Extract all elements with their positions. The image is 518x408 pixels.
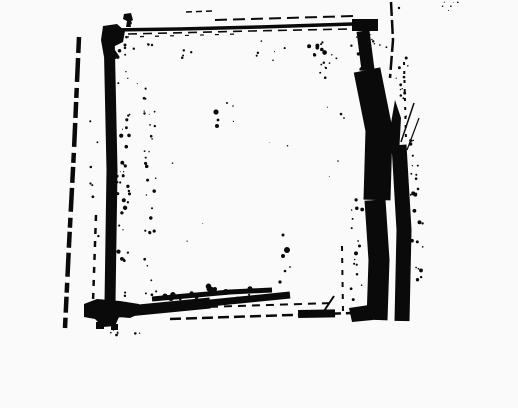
under-top-edge-specks-speckle	[133, 47, 135, 49]
left-bar-right-speckle-trail-speckle	[125, 145, 129, 149]
left-bar-right-speckle-trail-speckle	[123, 206, 127, 210]
grunge-frame-graphic	[0, 0, 518, 408]
left-bar-right-speckle-trail-speckle	[124, 292, 126, 294]
bottom-smear-rough-top-edge-speckle	[170, 292, 176, 298]
left-second-speckle-trail-speckle	[145, 88, 147, 90]
right-stub-ragged-edge-speckle	[356, 36, 357, 37]
inner-field-sparse-specks-speckle	[137, 83, 138, 84]
left-bar-right-speckle-trail-speckle	[127, 114, 129, 116]
right-band-outer-ragged-edge-speckle	[422, 246, 424, 248]
top-right-outer-specks-speckle	[442, 5, 443, 6]
top-right-inner-blob-cluster-speckle	[313, 53, 316, 56]
right-band-outer-ragged-edge-speckle	[410, 173, 412, 175]
top-right-outer-specks-speckle	[448, 10, 449, 11]
under-top-edge-specks-speckle	[183, 49, 185, 51]
bottom-smear-rough-top-edge-speckle	[248, 294, 250, 296]
left-bar-right-speckle-trail-speckle	[125, 126, 128, 129]
right-dotted-column-specks-speckle	[399, 83, 402, 86]
right-band-outer-ragged-edge-speckle	[417, 165, 419, 167]
left-bar-right-speckle-trail-speckle	[122, 198, 126, 202]
bottom-left-tooth-1	[96, 322, 104, 329]
right-band-outer-ragged-edge-speckle	[413, 140, 414, 141]
right-dotted-column-specks-speckle	[400, 94, 403, 97]
left-bar-right-speckle-trail-speckle	[118, 225, 120, 227]
left-bar-right-speckle-trail-speckle	[116, 175, 119, 178]
left-gap-specks-speckle	[96, 141, 98, 143]
under-top-edge-specks-speckle	[182, 55, 184, 57]
under-top-edge-specks-speckle	[256, 55, 258, 57]
right-band-left-ragged-edge-speckle	[354, 251, 358, 255]
bottom-smear-rough-top-edge-speckle	[151, 293, 154, 296]
top-right-inner-specks-speckle	[324, 76, 327, 79]
left-bar-right-speckle-trail-speckle	[127, 134, 131, 138]
under-top-edge-specks-speckle	[284, 47, 286, 49]
right-band-left-ragged-edge-speckle	[358, 244, 361, 247]
right-band-outer-ragged-edge-speckle	[419, 268, 423, 272]
left-bar-right-speckle-trail-speckle	[127, 251, 129, 253]
left-second-speckle-trail-speckle	[144, 162, 147, 165]
under-top-edge-right-specks-speckle	[374, 43, 376, 45]
top-right-inner-blob-cluster-speckle	[322, 50, 327, 55]
left-second-speckle-trail-speckle	[147, 265, 149, 267]
right-dotted-column-specks-speckle	[403, 92, 406, 95]
right-band-outer-ragged-edge-speckle	[409, 139, 412, 142]
left-second-speckle-trail-speckle	[149, 124, 151, 126]
left-second-speckle-trail-speckle	[144, 150, 146, 152]
below-bottom-blob-specks-speckle	[113, 329, 115, 331]
left-bar-right-speckle-trail-speckle	[116, 192, 119, 195]
under-top-edge-right-specks-speckle	[358, 42, 360, 44]
right-band-outer-ragged-edge-speckle	[413, 193, 417, 197]
bottom-left-tooth-2	[111, 324, 118, 330]
left-second-speckle-trail-speckle	[151, 207, 153, 209]
bottom-smear-rough-top-edge-speckle	[179, 298, 182, 301]
ink-speckle	[398, 7, 400, 9]
under-top-edge-specks-speckle	[331, 54, 333, 56]
right-band-left-ragged-edge-speckle	[355, 198, 358, 201]
right-band-left-ragged-edge-speckle	[350, 287, 353, 290]
top-right-solid-block	[352, 19, 378, 31]
top-right-inner-blob-cluster-speckle	[320, 48, 324, 52]
bottom-smear-rough-top-edge-speckle	[162, 294, 167, 299]
ink-speckle	[215, 124, 219, 128]
right-band-left-ragged-edge-speckle	[354, 259, 355, 260]
ink-speckle	[337, 160, 339, 162]
right-band-outer-streak	[399, 145, 404, 321]
top-right-inner-specks-speckle	[319, 72, 321, 74]
left-bar-right-speckle-trail-speckle	[125, 118, 128, 121]
inner-field-sparse-specks-speckle	[172, 162, 174, 164]
right-dotted-column-specks-speckle	[402, 97, 404, 99]
left-second-speckle-trail-speckle	[155, 177, 157, 179]
right-dotted-column-specks-speckle	[398, 66, 401, 69]
right-band-outer-ragged-edge-speckle	[410, 194, 412, 196]
left-gap-specks-speckle	[92, 195, 95, 198]
left-second-speckle-trail-speckle	[145, 292, 147, 294]
left-second-speckle-trail-speckle	[148, 151, 149, 152]
top-right-inner-specks-speckle	[329, 62, 331, 64]
top-edge-sub-dash-2	[125, 34, 240, 37]
under-top-edge-right-specks-speckle	[370, 34, 371, 35]
left-bar-right-speckle-trail-speckle	[122, 174, 124, 176]
under-top-edge-specks-speckle	[335, 57, 337, 59]
right-dotted-column-specks-speckle	[400, 89, 401, 90]
inner-field-sparse-specks-speckle	[269, 142, 270, 143]
under-top-edge-specks-speckle	[190, 51, 192, 53]
left-second-speckle-trail-speckle	[154, 111, 156, 113]
left-second-speckle-trail-speckle	[154, 125, 156, 127]
top-right-inner-blob-cluster-speckle	[316, 46, 320, 50]
inner-field-sparse-specks-speckle	[233, 121, 234, 122]
right-band-outer-ragged-edge-speckle	[409, 142, 412, 145]
left-second-speckle-trail-speckle	[152, 189, 155, 192]
right-dotted-column-specks-speckle	[405, 115, 407, 117]
inner-field-sparse-specks-speckle	[327, 107, 328, 108]
left-bar-right-speckle-trail-speckle	[120, 171, 121, 172]
ink-speckle	[213, 109, 218, 114]
left-bar-right-speckle-trail-speckle	[127, 201, 129, 203]
left-second-speckle-trail-speckle	[145, 165, 149, 169]
below-bottom-blob-specks-speckle	[110, 332, 112, 334]
left-bar-right-speckle-trail-speckle	[120, 211, 123, 214]
top-right-inner-specks-speckle	[323, 62, 325, 64]
left-second-speckle-trail-speckle	[145, 157, 147, 159]
top-edge-upper-dash-2	[186, 11, 212, 12]
top-right-outer-specks-speckle	[457, 1, 459, 3]
left-bar-right-speckle-trail-speckle	[117, 82, 119, 84]
left-bar-right-speckle-trail-speckle	[124, 295, 126, 297]
left-second-speckle-trail-speckle	[146, 194, 147, 195]
right-band-left-ragged-edge-speckle	[356, 273, 359, 276]
under-top-edge-specks-speckle	[181, 56, 184, 59]
right-band-left-ragged-edge-speckle	[360, 208, 364, 212]
left-second-speckle-trail-speckle	[148, 231, 150, 233]
right-dotted-column-specks-speckle	[405, 57, 408, 60]
top-right-outer-specks-speckle	[444, 2, 445, 3]
ink-speckle	[289, 266, 291, 268]
under-top-edge-right-specks-speckle	[368, 35, 369, 36]
under-top-edge-right-specks-speckle	[371, 39, 373, 41]
right-band-outer-ragged-edge-speckle	[417, 188, 420, 191]
right-band-left-ragged-edge-speckle	[361, 284, 363, 286]
bottom-smear-rough-top-edge-speckle	[155, 290, 157, 292]
left-bar-right-speckle-trail-speckle	[128, 190, 130, 192]
right-band-outer-ragged-edge-speckle	[418, 220, 422, 224]
inner-field-sparse-specks-speckle	[186, 240, 187, 241]
right-band-outer-ragged-edge-speckle	[416, 278, 419, 281]
bottom-smear-taper	[200, 295, 290, 304]
under-top-edge-specks-speckle	[257, 52, 259, 54]
left-second-speckle-trail-speckle	[149, 114, 150, 115]
right-stub-ragged-edge-speckle	[357, 52, 360, 55]
ink-speckle	[124, 44, 127, 47]
bottom-smear-rough-top-edge-speckle	[247, 286, 252, 291]
top-right-inner-blob-cluster-speckle	[321, 41, 323, 43]
right-dotted-column-specks-speckle	[403, 76, 406, 79]
bottom-smear-rough-top-edge-speckle	[223, 289, 229, 295]
left-bar-right-speckle-trail-speckle	[124, 164, 127, 167]
below-bottom-blob-specks-speckle	[117, 333, 118, 334]
right-band-outer-ragged-edge-speckle	[420, 276, 422, 278]
right-dotted-column-specks-speckle	[401, 88, 402, 89]
left-outer-broken-line	[65, 37, 79, 328]
left-bar-right-speckle-trail-speckle	[120, 257, 124, 261]
ink-speckle	[128, 21, 132, 25]
ink-speckle	[284, 270, 287, 273]
right-stub-ragged-edge-speckle	[361, 45, 364, 48]
inner-field-sparse-specks-speckle	[329, 176, 330, 177]
ink-speckle	[232, 105, 234, 107]
inner-field-sparse-specks-speckle	[202, 223, 203, 224]
right-band-outer-ragged-edge-speckle	[412, 165, 413, 166]
under-top-edge-specks-speckle	[147, 43, 149, 45]
inner-field-sparse-specks-speckle	[287, 145, 289, 147]
left-gap-specks-speckle	[89, 120, 91, 122]
under-top-edge-right-specks-speckle	[385, 46, 387, 48]
under-top-edge-specks-speckle	[261, 40, 263, 42]
right-band-outer-ragged-edge-speckle	[412, 209, 416, 213]
under-top-edge-specks-speckle	[274, 51, 275, 52]
left-second-speckle-trail-speckle	[153, 230, 156, 233]
bottom-smear-rough-top-edge-speckle	[187, 294, 190, 297]
ink-speckle	[284, 247, 290, 253]
left-bar-right-speckle-trail-speckle	[119, 134, 123, 138]
right-band-left-ragged-edge-speckle	[357, 240, 359, 242]
right-diagonal-scratch-2	[407, 118, 419, 150]
right-band-left-ragged-edge-speckle	[355, 207, 359, 211]
ink-speckle	[226, 102, 228, 104]
left-gap-specks-speckle	[97, 235, 99, 237]
right-band-left-ragged-edge-speckle	[351, 209, 353, 211]
left-bar-right-speckle-trail-speckle	[125, 71, 126, 72]
inner-field-sparse-specks-speckle	[272, 60, 274, 62]
left-bar-right-speckle-trail-speckle	[116, 181, 118, 183]
ink-speckle	[151, 44, 153, 46]
left-bar	[109, 30, 112, 303]
ink-speckle	[343, 117, 345, 119]
left-second-speckle-trail-speckle	[143, 112, 145, 114]
under-top-edge-specks-speckle	[350, 44, 352, 46]
right-band-outer-ragged-edge-speckle	[410, 239, 414, 243]
ink-speckle	[340, 113, 343, 116]
left-gap-specks-speckle	[91, 184, 93, 186]
right-thin-top-line	[390, 2, 393, 78]
below-bottom-blob-specks-speckle	[115, 334, 118, 337]
left-bar-right-speckle-trail-speckle	[127, 78, 128, 79]
right-band-upper	[367, 70, 379, 200]
under-top-edge-right-specks-speckle	[372, 40, 374, 42]
bottom-smear-rough-top-edge-speckle	[176, 297, 178, 299]
grunge-frame-canvas	[0, 0, 518, 408]
left-bar-right-speckle-trail-speckle	[122, 129, 123, 130]
left-second-speckle-trail-speckle	[146, 179, 149, 182]
top-right-inner-specks-speckle	[325, 67, 326, 68]
left-second-speckle-trail-speckle	[150, 135, 153, 138]
right-band-outer-ragged-edge-speckle	[418, 268, 420, 270]
right-dotted-column-specks-speckle	[396, 78, 397, 79]
left-bar-right-speckle-trail-speckle	[116, 55, 120, 59]
top-right-outer-specks-speckle	[450, 5, 452, 7]
left-bar-right-speckle-trail-speckle	[123, 171, 124, 172]
ink-layer	[65, 1, 459, 336]
left-bar-right-speckle-trail-speckle	[122, 229, 123, 230]
right-band-outer-ragged-edge-speckle	[421, 222, 423, 224]
bottom-smear-rough-top-edge-speckle	[236, 297, 239, 300]
right-band-outer-ragged-edge-speckle	[416, 240, 419, 243]
left-second-speckle-trail-speckle	[144, 230, 146, 232]
left-bar-right-speckle-trail-speckle	[126, 185, 129, 188]
right-band-outer-ragged-edge-speckle	[412, 155, 414, 157]
left-second-speckle-trail-speckle	[151, 138, 153, 140]
ink-speckle	[125, 14, 131, 20]
ink-speckle	[282, 234, 285, 237]
right-stub-ragged-edge-speckle	[360, 53, 361, 54]
top-right-outer-specks-speckle	[453, 2, 454, 3]
right-stub-ragged-edge-speckle	[360, 67, 363, 70]
right-band-left-ragged-edge-speckle	[352, 218, 354, 220]
right-band-outer-ragged-edge-speckle	[415, 174, 417, 176]
right-stub-ragged-edge-speckle	[362, 33, 365, 36]
right-band-left-ragged-edge-speckle	[353, 263, 355, 265]
left-bar-right-speckle-trail-speckle	[124, 54, 126, 56]
right-band-left-ragged-edge-speckle	[356, 264, 358, 266]
left-second-speckle-trail-speckle	[150, 279, 152, 281]
right-band-left-ragged-edge-speckle	[351, 227, 353, 229]
ink-speckle	[217, 119, 220, 122]
right-band-outer-ragged-edge-speckle	[415, 177, 418, 180]
left-second-speckle-trail-speckle	[144, 110, 145, 111]
right-dotted-column-specks-speckle	[407, 65, 409, 67]
left-second-speckle-trail-speckle	[144, 98, 146, 100]
left-gap-specks-speckle	[90, 166, 93, 169]
below-bottom-blob-specks-speckle	[139, 333, 140, 334]
top-right-inner-specks-speckle	[320, 64, 322, 66]
left-bar-right-speckle-trail-speckle	[119, 181, 121, 183]
left-bar-right-speckle-trail-speckle	[128, 192, 131, 195]
left-bar-right-speckle-trail-speckle	[123, 258, 124, 259]
top-right-inner-blob-cluster-speckle	[307, 44, 311, 48]
right-band-outer-ragged-edge-speckle	[415, 267, 417, 269]
left-bar-right-speckle-trail-speckle	[124, 47, 127, 50]
right-stub-ragged-edge-speckle	[361, 49, 364, 52]
right-band-lower	[375, 200, 379, 320]
left-second-speckle-trail-speckle	[149, 216, 152, 219]
left-second-speckle-trail-speckle	[143, 258, 146, 261]
below-bottom-blob-specks-speckle	[134, 332, 137, 335]
top-edge-upper-dash	[215, 16, 355, 20]
left-bar-right-speckle-trail-speckle	[118, 49, 122, 53]
left-bar-right-speckle-trail-speckle	[116, 250, 120, 254]
ink-speckle	[278, 280, 281, 283]
ink-speckle	[281, 254, 285, 258]
left-bar-right-speckle-trail-speckle	[125, 36, 127, 38]
left-gap-specks-speckle	[89, 182, 91, 184]
bottom-smear-rough-top-edge-speckle	[208, 287, 214, 293]
under-top-edge-right-specks-speckle	[379, 44, 381, 46]
right-band-left-ragged-edge-speckle	[352, 298, 355, 301]
bottom-smear-rough-top-edge-speckle	[189, 291, 193, 295]
left-inner-dash-column	[93, 215, 96, 302]
bottom-smear-rough-top-edge-speckle	[194, 295, 198, 299]
top-right-inner-blob-cluster-speckle	[320, 43, 322, 45]
inner-right-dash-column	[342, 246, 343, 312]
